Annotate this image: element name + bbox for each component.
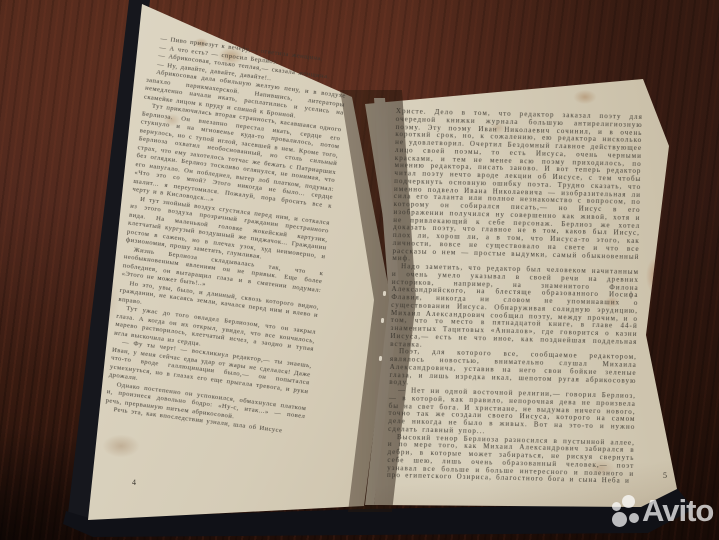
avito-logo-dot-icon <box>622 495 635 508</box>
page-number-right: 5 <box>663 471 667 480</box>
avito-logo-dot-icon <box>612 502 621 511</box>
avito-logo-dot-icon <box>612 512 627 527</box>
paragraph: Христе. Дело в том, что редактор заказал… <box>392 108 643 269</box>
binding-stitch <box>383 291 386 296</box>
avito-logo-dot-icon <box>629 513 639 523</box>
paragraph: Надо заметить, что редактор был человеко… <box>390 263 639 354</box>
avito-logo-text: Avito <box>642 493 713 529</box>
right-page-text: Христе. Дело в том, что редактор заказал… <box>387 108 643 486</box>
paragraph: — Нет ни одной восточной религии,— говор… <box>388 387 636 440</box>
book-photo: — Пиво привезут к вечеру,— ответила женщ… <box>0 0 719 540</box>
binding-stitch <box>381 318 384 323</box>
binding-stitch <box>379 356 382 361</box>
page-number-left: 4 <box>132 478 136 487</box>
paragraph: Высокий тенор Берлиоза разносился в пуст… <box>387 433 635 486</box>
avito-watermark: Avito <box>608 494 719 536</box>
